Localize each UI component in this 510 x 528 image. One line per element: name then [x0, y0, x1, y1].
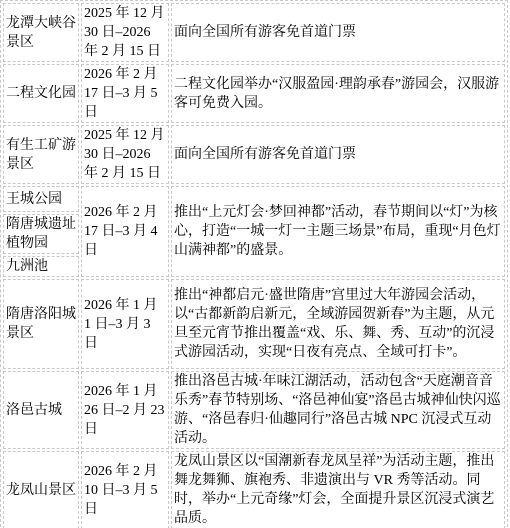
activity-description-cell: 推出“神都启元·盛世隋唐”宫里过大年游园会活动，以“古都新韵启新元，全域游园贺新…	[171, 279, 505, 369]
activity-description-cell: 推出洛邑古城·年味江湖活动，活动包含“天庭潮音音乐秀”春节特别场、“洛邑神仙宴”…	[171, 371, 505, 449]
activity-description-cell: 二程文化园举办“汉服盈园·理韵承春”游园会，汉服游客可免费入园。	[171, 64, 505, 123]
table-row: 洛邑古城 2026 年 1 月 26 日–2 月 23 日 推出洛邑古城·年味江…	[3, 371, 505, 449]
date-range-cell: 2026 年 2 月 10 日–3 月 5 日	[81, 451, 169, 528]
table-row: 二程文化园 2026 年 2 月 17 日–3 月 5 日 二程文化园举办“汉服…	[3, 64, 505, 123]
activity-description-cell: 推出“上元灯会·梦回神都”活动，春节期间以“灯”为核心，打造“一城一灯一主题三场…	[171, 186, 505, 277]
scenic-area-name-cell: 龙潭大峡谷景区	[3, 3, 79, 62]
activity-description-cell: 面向全国所有游客免首道门票	[171, 3, 505, 62]
scenic-area-name-cell: 龙凤山景区	[3, 451, 79, 528]
date-range-cell: 2025 年 12 月 30 日–2026 年 2 月 15 日	[81, 125, 169, 184]
table-row: 隋唐洛阳城景区 2026 年 1 月 1 日–3 月 3 日 推出“神都启元·盛…	[3, 279, 505, 369]
date-range-cell: 2026 年 2 月 17 日–3 月 4 日	[81, 186, 169, 277]
scenic-area-name-cell: 有生工矿游景区	[3, 125, 79, 184]
scenic-area-name-cell: 二程文化园	[3, 64, 79, 123]
scenic-area-name-cell: 洛邑古城	[3, 371, 79, 449]
scenic-area-name-cell: 隋唐城遗址植物园	[3, 214, 79, 254]
table-row: 有生工矿游景区 2025 年 12 月 30 日–2026 年 2 月 15 日…	[3, 125, 505, 184]
date-range-cell: 2026 年 1 月 26 日–2 月 23 日	[81, 371, 169, 449]
table-row: 龙潭大峡谷景区 2025 年 12 月 30 日–2026 年 2 月 15 日…	[3, 3, 505, 62]
scenic-area-name-cell: 隋唐洛阳城景区	[3, 279, 79, 369]
scenic-area-name-cell: 王城公园	[3, 186, 79, 212]
activity-description-cell: 龙凤山景区以“国潮新春龙凤呈祥”为活动主题，推出舞龙舞狮、旗袍秀、非遗演出与 V…	[171, 451, 505, 528]
scenic-events-table: 龙潭大峡谷景区 2025 年 12 月 30 日–2026 年 2 月 15 日…	[0, 0, 508, 528]
date-range-cell: 2026 年 1 月 1 日–3 月 3 日	[81, 279, 169, 369]
scenic-area-name-cell: 九洲池	[3, 256, 79, 277]
table-row: 龙凤山景区 2026 年 2 月 10 日–3 月 5 日 龙凤山景区以“国潮新…	[3, 451, 505, 528]
activity-description-cell: 面向全国所有游客免首道门票	[171, 125, 505, 184]
date-range-cell: 2025 年 12 月 30 日–2026 年 2 月 15 日	[81, 3, 169, 62]
date-range-cell: 2026 年 2 月 17 日–3 月 5 日	[81, 64, 169, 123]
table-row: 王城公园 2026 年 2 月 17 日–3 月 4 日 推出“上元灯会·梦回神…	[3, 186, 505, 212]
